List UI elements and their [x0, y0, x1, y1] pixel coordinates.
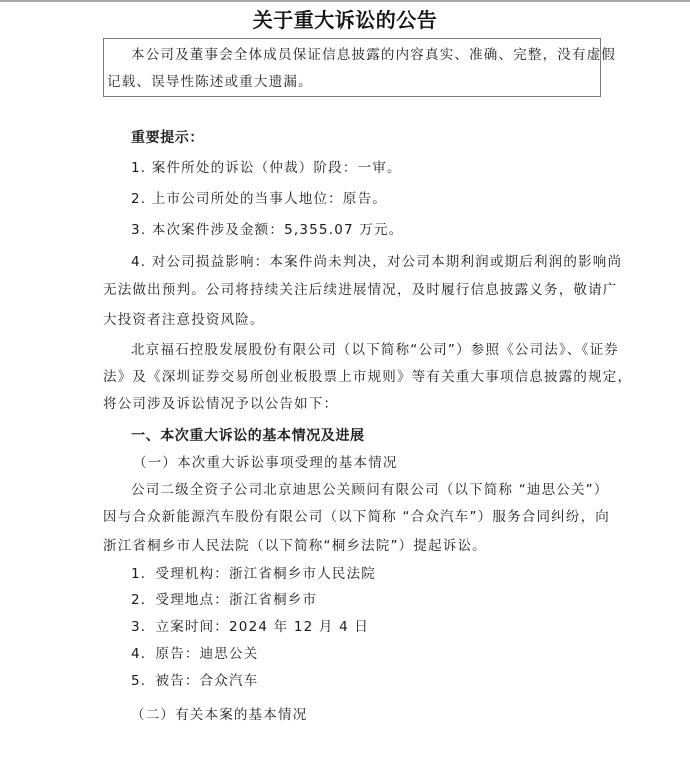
intro-line-1: 北京福石控股发展股份有限公司（以下简称“公司”）参照《公司法》、《证券 — [131, 341, 619, 359]
important-note-4-line-2: 无法做出预判。公司将持续关注后续进展情况，及时履行信息披露义务，敬请广 — [103, 281, 618, 299]
subsection-2-heading: （二）有关本案的基本情况 — [131, 706, 307, 724]
disclaimer-line-2: 记载、误导性陈述或重大遗漏。 — [107, 73, 313, 91]
important-note-2: 2. 上市公司所处的当事人地位：原告。 — [131, 190, 387, 208]
intro-line-2: 法》及《深圳证券交易所创业板股票上市规则》等有关重大事项信息披露的规定， — [103, 368, 632, 386]
case-item-court: 1．受理机构：浙江省桐乡市人民法院 — [131, 565, 376, 583]
important-note-4-line-1: 4. 对公司损益影响：本案件尚未判决，对公司本期利润或期后利润的影响尚 — [131, 253, 622, 271]
case-item-defendant: 5．被告：合众汽车 — [131, 672, 258, 690]
section-1-heading: 一、本次重大诉讼的基本情况及进展 — [131, 427, 365, 445]
important-notes-heading: 重要提示： — [131, 129, 204, 147]
case-paragraph-line-1: 公司二级全资子公司北京迪思公关顾问有限公司（以下简称 “迪思公关”） — [131, 481, 609, 499]
subsection-1-heading: （一）本次重大诉讼事项受理的基本情况 — [133, 454, 398, 472]
intro-line-3: 将公司涉及诉讼情况予以公告如下： — [103, 395, 338, 413]
disclaimer-line-1: 本公司及董事会全体成员保证信息披露的内容真实、准确、完整，没有虚假 — [131, 46, 616, 64]
case-paragraph-line-3: 浙江省桐乡市人民法院（以下简称“桐乡法院”）提起诉讼。 — [103, 537, 487, 555]
case-item-plaintiff: 4．原告：迪思公关 — [131, 645, 258, 663]
important-note-3: 3. 本次案件涉及金额：5,355.07 万元。 — [131, 221, 403, 239]
case-paragraph-line-2: 因与合众新能源汽车股份有限公司（以下简称 “合众汽车”）服务合同纠纷，向 — [103, 508, 610, 526]
important-note-1: 1. 案件所处的诉讼（仲裁）阶段：一审。 — [131, 159, 402, 177]
case-item-filing-date: 3．立案时间：2024 年 12 月 4 日 — [131, 618, 369, 636]
top-border — [0, 0, 690, 2]
important-note-4-line-3: 大投资者注意投资风险。 — [103, 311, 265, 329]
document-title: 关于重大诉讼的公告 — [0, 7, 690, 33]
case-item-location: 2．受理地点：浙江省桐乡市 — [131, 591, 317, 609]
